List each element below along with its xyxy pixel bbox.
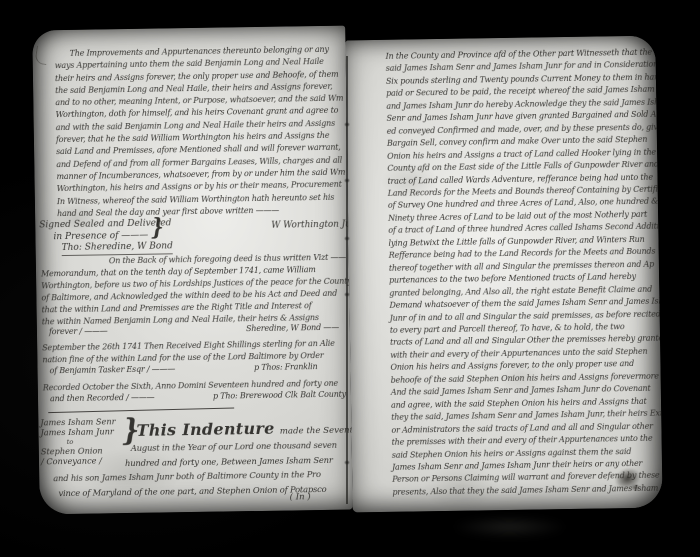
attestation-brace: }: [151, 221, 163, 236]
recording-close-text: and then Recorded / ———: [50, 393, 155, 404]
binding-gutter: [346, 56, 348, 504]
left-page: The Improvements and Appurtenances there…: [32, 26, 353, 515]
attestation-block: Signed Sealed and Delivered in Presence …: [39, 216, 345, 256]
alienation-signature: p Thos: Franklin: [254, 362, 318, 372]
stitch-mark: [344, 236, 350, 241]
grantor-signature-line: W Worthington Jur Seal: [271, 215, 353, 234]
entry-separator-line: [48, 408, 234, 414]
right-page: In the County and Province afd of the Ot…: [345, 36, 662, 513]
background-smudge: [452, 516, 567, 538]
stitch-mark: [344, 460, 350, 465]
acknowledgment-memorandum: On the Back of which foregoing deed is t…: [41, 252, 346, 328]
clerk-signature: p Tho: Brerewood Clk Balt County: [213, 390, 346, 401]
memorandum-close-text: forever / ———: [49, 326, 108, 336]
microfilm-frame: The Improvements and Appurtenances there…: [0, 0, 700, 557]
deed-body-continuation: In the County and Province afd of the Ot…: [385, 47, 660, 499]
corner-curl-mark: [34, 46, 48, 66]
indenture-heading-rest: made the Seventh day of: [280, 425, 353, 437]
stitch-mark: [344, 122, 350, 127]
indenture-heading-line: This Indenture made the Seventh day of: [136, 417, 352, 440]
stitch-mark: [344, 292, 350, 297]
grantor-signature: W Worthington Jur: [271, 219, 353, 230]
alienation-close-text: of Benjamin Tasker Esqr / ———: [49, 364, 175, 375]
indenture-heading: This Indenture: [136, 419, 274, 440]
stitch-mark: [344, 178, 350, 183]
deed-closing-paragraph: The Improvements and Appurtenances there…: [54, 44, 347, 221]
catchword: ( In ): [290, 492, 311, 502]
memorandum-justice-signatures: Sheredine, W Bond ——: [246, 323, 339, 333]
witness-signatures: Tho: Sheredine, W Bond: [62, 241, 173, 255]
